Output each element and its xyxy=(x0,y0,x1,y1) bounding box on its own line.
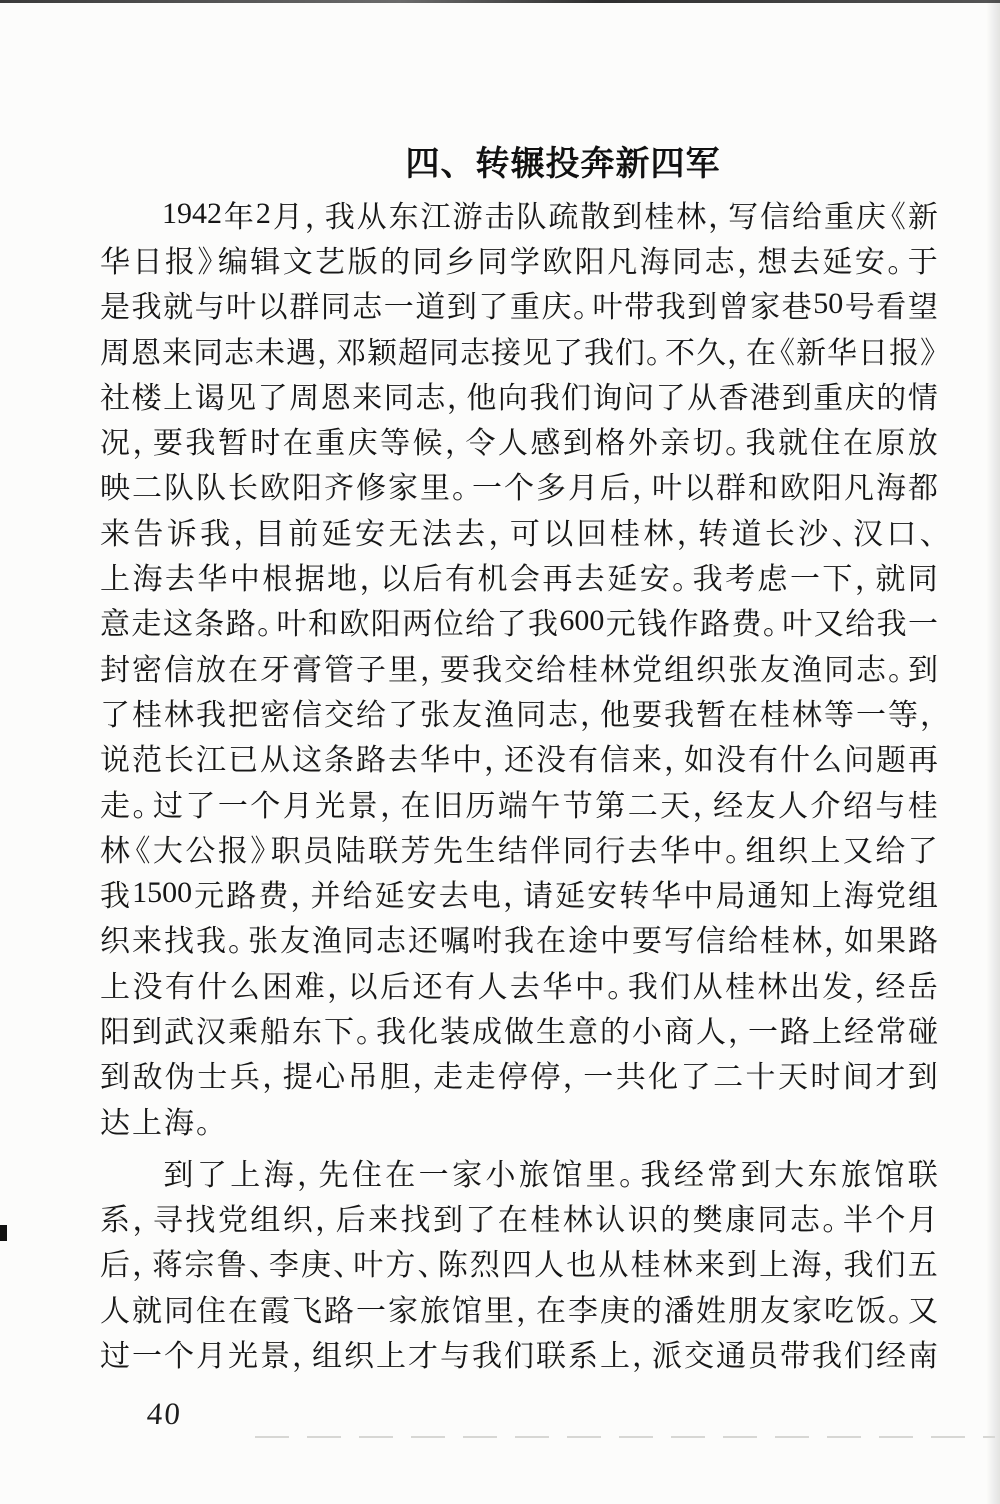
text-line: 况，要我暂时在重庆等候，令人感到格外亲切。我就住在原放 xyxy=(100,417,938,462)
text-line: 说范长江已从这条路去华中，还没有信来，如没有什么问题再 xyxy=(100,735,938,780)
text-line: 走。过了一个月光景，在旧历端午节第二天，经友人介绍与桂 xyxy=(100,780,938,825)
text-line: 过一个月光景，组织上才与我们联系上，派交通员带我们经南 xyxy=(100,1330,938,1375)
text-line: 华日报》编辑文艺版的同乡同学欧阳凡海同志，想去延安。于 xyxy=(100,236,938,281)
text-line: 上海去华中根据地，以后有机会再去延安。我考虑一下，就同 xyxy=(100,553,938,598)
scan-artifact-line xyxy=(255,1436,995,1438)
text-line: 周恩来同志未遇，邓颖超同志接见了我们。不久，在《新华日报》 xyxy=(100,327,938,372)
text-line: 林《大公报》职员陆联芳先生结伴同行去华中。组织上又给了 xyxy=(100,825,938,870)
chapter-title: 四、转辗投奔新四军 xyxy=(100,136,938,185)
text-line: 系，寻找党组织，后来找到了在桂林认识的樊康同志。半个月 xyxy=(100,1195,938,1240)
text-line: 人就同住在霞飞路一家旅馆里，在李庚的潘姓朋友家吃饭。又 xyxy=(100,1285,938,1330)
body-text: 1942年2月，我从东江游击队疏散到桂林，写信给重庆《新华日报》编辑文艺版的同乡… xyxy=(100,191,938,1376)
text-line: 达上海。 xyxy=(100,1097,938,1142)
text-line: 映二队队长欧阳齐修家里。一个多月后，叶以群和欧阳凡海都 xyxy=(100,463,938,508)
text-line: 了桂林我把密信交给了张友渔同志，他要我暂在桂林等一等， xyxy=(100,689,938,734)
scan-edge-top xyxy=(0,0,1000,3)
text-line: 1942年2月，我从东江游击队疏散到桂林，写信给重庆《新 xyxy=(100,191,938,236)
scan-edge-right xyxy=(986,0,1000,1504)
text-line: 织来找我。张友渔同志还嘱咐我在途中要写信给桂林，如果路 xyxy=(100,916,938,961)
scanned-book-page: 四、转辗投奔新四军 1942年2月，我从东江游击队疏散到桂林，写信给重庆《新华日… xyxy=(0,0,1000,1504)
page-number: 40 xyxy=(146,1396,184,1432)
text-line: 上没有什么困难，以后还有人去华中。我们从桂林出发，经岳 xyxy=(100,961,938,1006)
text-line: 到敌伪士兵，提心吊胆，走走停停，一共化了二十天时间才到 xyxy=(100,1052,938,1097)
text-line: 阳到武汉乘船东下。我化装成做生意的小商人，一路上经常碰 xyxy=(100,1006,938,1051)
text-line: 来告诉我，目前延安无法去，可以回桂林，转道长沙、汉口、 xyxy=(100,508,938,553)
text-line: 到了上海，先住在一家小旅馆里。我经常到大东旅馆联 xyxy=(100,1149,938,1194)
text-line: 是我就与叶以群同志一道到了重庆。叶带我到曾家巷50号看望 xyxy=(100,282,938,327)
text-line: 封密信放在牙膏管子里，要我交给桂林党组织张友渔同志。到 xyxy=(100,644,938,689)
text-line: 后，蒋宗鲁、李庚、叶方、陈烈四人也从桂林来到上海，我们五 xyxy=(100,1240,938,1285)
text-line: 意走这条路。叶和欧阳两位给了我600元钱作路费。叶又给我一 xyxy=(100,599,938,644)
text-line: 我1500元路费，并给延安去电，请延安转华中局通知上海党组 xyxy=(100,870,938,915)
scan-mark-left xyxy=(0,1225,7,1241)
text-line: 社楼上谒见了周恩来同志，他向我们询问了从香港到重庆的情 xyxy=(100,372,938,417)
